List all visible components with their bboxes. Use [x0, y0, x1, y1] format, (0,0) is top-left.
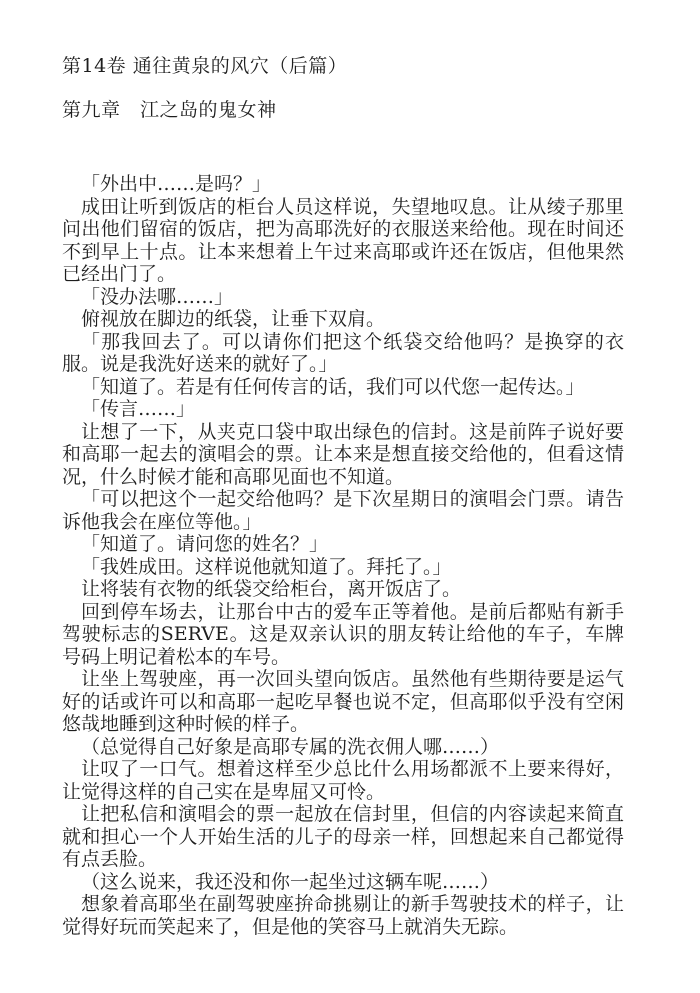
- paragraph: 成田让听到饭店的柜台人员这样说，失望地叹息。让从绫子那里问出他们留宿的饭店，把为…: [62, 196, 624, 286]
- paragraph: 俯视放在脚边的纸袋，让垂下双肩。: [62, 308, 624, 331]
- novel-page: 第14卷 通往黄泉的风穴（后篇） 第九章 江之岛的鬼女神 「外出中……是吗？」成…: [0, 0, 700, 993]
- paragraph: 「外出中……是吗？」: [62, 173, 624, 196]
- chapter-body: 「外出中……是吗？」成田让听到饭店的柜台人员这样说，失望地叹息。让从绫子那里问出…: [62, 173, 624, 938]
- paragraph: 让想了一下，从夹克口袋中取出绿色的信封。这是前阵子说好要和高耶一起去的演唱会的票…: [62, 421, 624, 489]
- paragraph: 让叹了一口气。想着这样至少总比什么用场都派不上要来得好，让觉得这样的自己实在是卑…: [62, 758, 624, 803]
- paragraph: 让坐上驾驶座，再一次回头望向饭店。虽然他有些期待要是运气好的话或许可以和高耶一起…: [62, 668, 624, 736]
- paragraph: 让把私信和演唱会的票一起放在信封里，但信的内容读起来简直就和担心一个人开始生活的…: [62, 803, 624, 871]
- paragraph: 「传言……」: [62, 398, 624, 421]
- paragraph: 「知道了。若是有任何传言的话，我们可以代您一起传达。」: [62, 376, 624, 399]
- paragraph: 想象着高耶坐在副驾驶座拚命挑剔让的新手驾驶技术的样子，让觉得好玩而笑起来了，但是…: [62, 893, 624, 938]
- paragraph: 「没办法哪……」: [62, 286, 624, 309]
- volume-title: 第14卷 通往黄泉的风穴（后篇）: [62, 55, 347, 78]
- paragraph: （总觉得自己好象是高耶专属的洗衣佣人哪……）: [62, 736, 624, 759]
- paragraph: （这么说来，我还没和你一起坐过这辆车呢……）: [62, 871, 624, 894]
- paragraph: 「那我回去了。可以请你们把这个纸袋交给他吗？是换穿的衣服。说是我洗好送来的就好了…: [62, 331, 624, 376]
- paragraph: 回到停车场去，让那台中古的爱车正等着他。是前后都贴有新手驾驶标志的SERVE。这…: [62, 601, 624, 669]
- paragraph: 让将装有衣物的纸袋交给柜台，离开饭店了。: [62, 578, 624, 601]
- paragraph: 「知道了。请问您的姓名？」: [62, 533, 624, 556]
- chapter-title: 第九章 江之岛的鬼女神: [62, 99, 277, 122]
- paragraph: 「我姓成田。这样说他就知道了。拜托了。」: [62, 556, 624, 579]
- paragraph: 「可以把这个一起交给他吗？是下次星期日的演唱会门票。请告诉他我会在座位等他。」: [62, 488, 624, 533]
